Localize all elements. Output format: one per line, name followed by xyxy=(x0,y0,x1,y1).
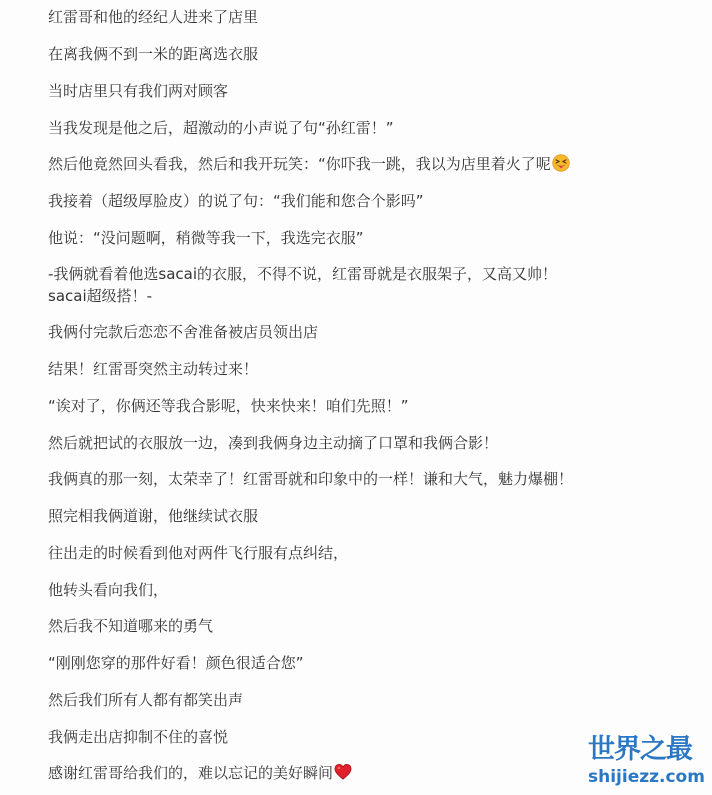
watermark-domain: shijiezz.com xyxy=(588,767,708,787)
paragraph: 他转头看向我们， xyxy=(48,580,168,600)
paragraph: 我接着（超级厚脸皮）的说了句：“我们能和您合个影吗” xyxy=(48,191,424,211)
paragraph: sacai超级搭！- xyxy=(48,286,152,306)
red-heart-icon xyxy=(334,763,352,781)
paragraph: 红雷哥和他的经纪人进来了店里 xyxy=(48,7,258,27)
paragraph: “诶对了，你俩还等我合影呢，快来快来！咱们先照！” xyxy=(48,396,409,416)
paragraph: 当我发现是他之后，超激动的小声说了句“孙红雷！” xyxy=(48,118,394,138)
paragraph: 然后就把试的衣服放一边，凑到我俩身边主动摘了口罩和我俩合影！ xyxy=(48,433,498,453)
site-watermark: 世界之最 shijiezz.com xyxy=(588,735,708,793)
watermark-title: 世界之最 xyxy=(588,735,708,765)
paragraph: 当时店里只有我们两对顾客 xyxy=(48,81,228,101)
paragraph: 在离我俩不到一米的距离选衣服 xyxy=(48,44,258,64)
paragraph: 他说：“没问题啊，稍微等我一下，我选完衣服” xyxy=(48,228,364,248)
paragraph-text: 感谢红雷哥给我们的，难以忘记的美好瞬间 xyxy=(48,764,333,782)
paragraph: 往出走的时候看到他对两件飞行服有点纠结， xyxy=(48,543,348,563)
paragraph: 我俩真的那一刻，太荣幸了！红雷哥就和印象中的一样！谦和大气，魅力爆棚！ xyxy=(48,469,573,489)
paragraph: “刚刚您穿的那件好看！颜色很适合您” xyxy=(48,653,304,673)
paragraph: -我俩就看着他选sacai的衣服，不得不说，红雷哥就是衣服架子，又高又帅！ xyxy=(48,264,557,284)
paragraph-with-emoji: 感谢红雷哥给我们的，难以忘记的美好瞬间 xyxy=(48,763,352,783)
paragraph: 结果！红雷哥突然主动转过来！ xyxy=(48,359,258,379)
paragraph: 我俩付完款后恋恋不舍准备被店员领出店 xyxy=(48,322,318,342)
paragraph: 我俩走出店抑制不住的喜悦 xyxy=(48,727,228,747)
paragraph: 照完相我俩道谢，他继续试衣服 xyxy=(48,506,258,526)
paragraph-text: 然后他竟然回头看我，然后和我开玩笑：“你吓我一跳，我以为店里着火了呢 xyxy=(48,155,551,173)
paragraph-with-emoji: 然后他竟然回头看我，然后和我开玩笑：“你吓我一跳，我以为店里着火了呢 xyxy=(48,154,570,174)
paragraph: 然后我不知道哪来的勇气 xyxy=(48,616,213,636)
squinting-face-with-tongue-icon xyxy=(552,154,570,172)
paragraph: 然后我们所有人都有都笑出声 xyxy=(48,690,243,710)
